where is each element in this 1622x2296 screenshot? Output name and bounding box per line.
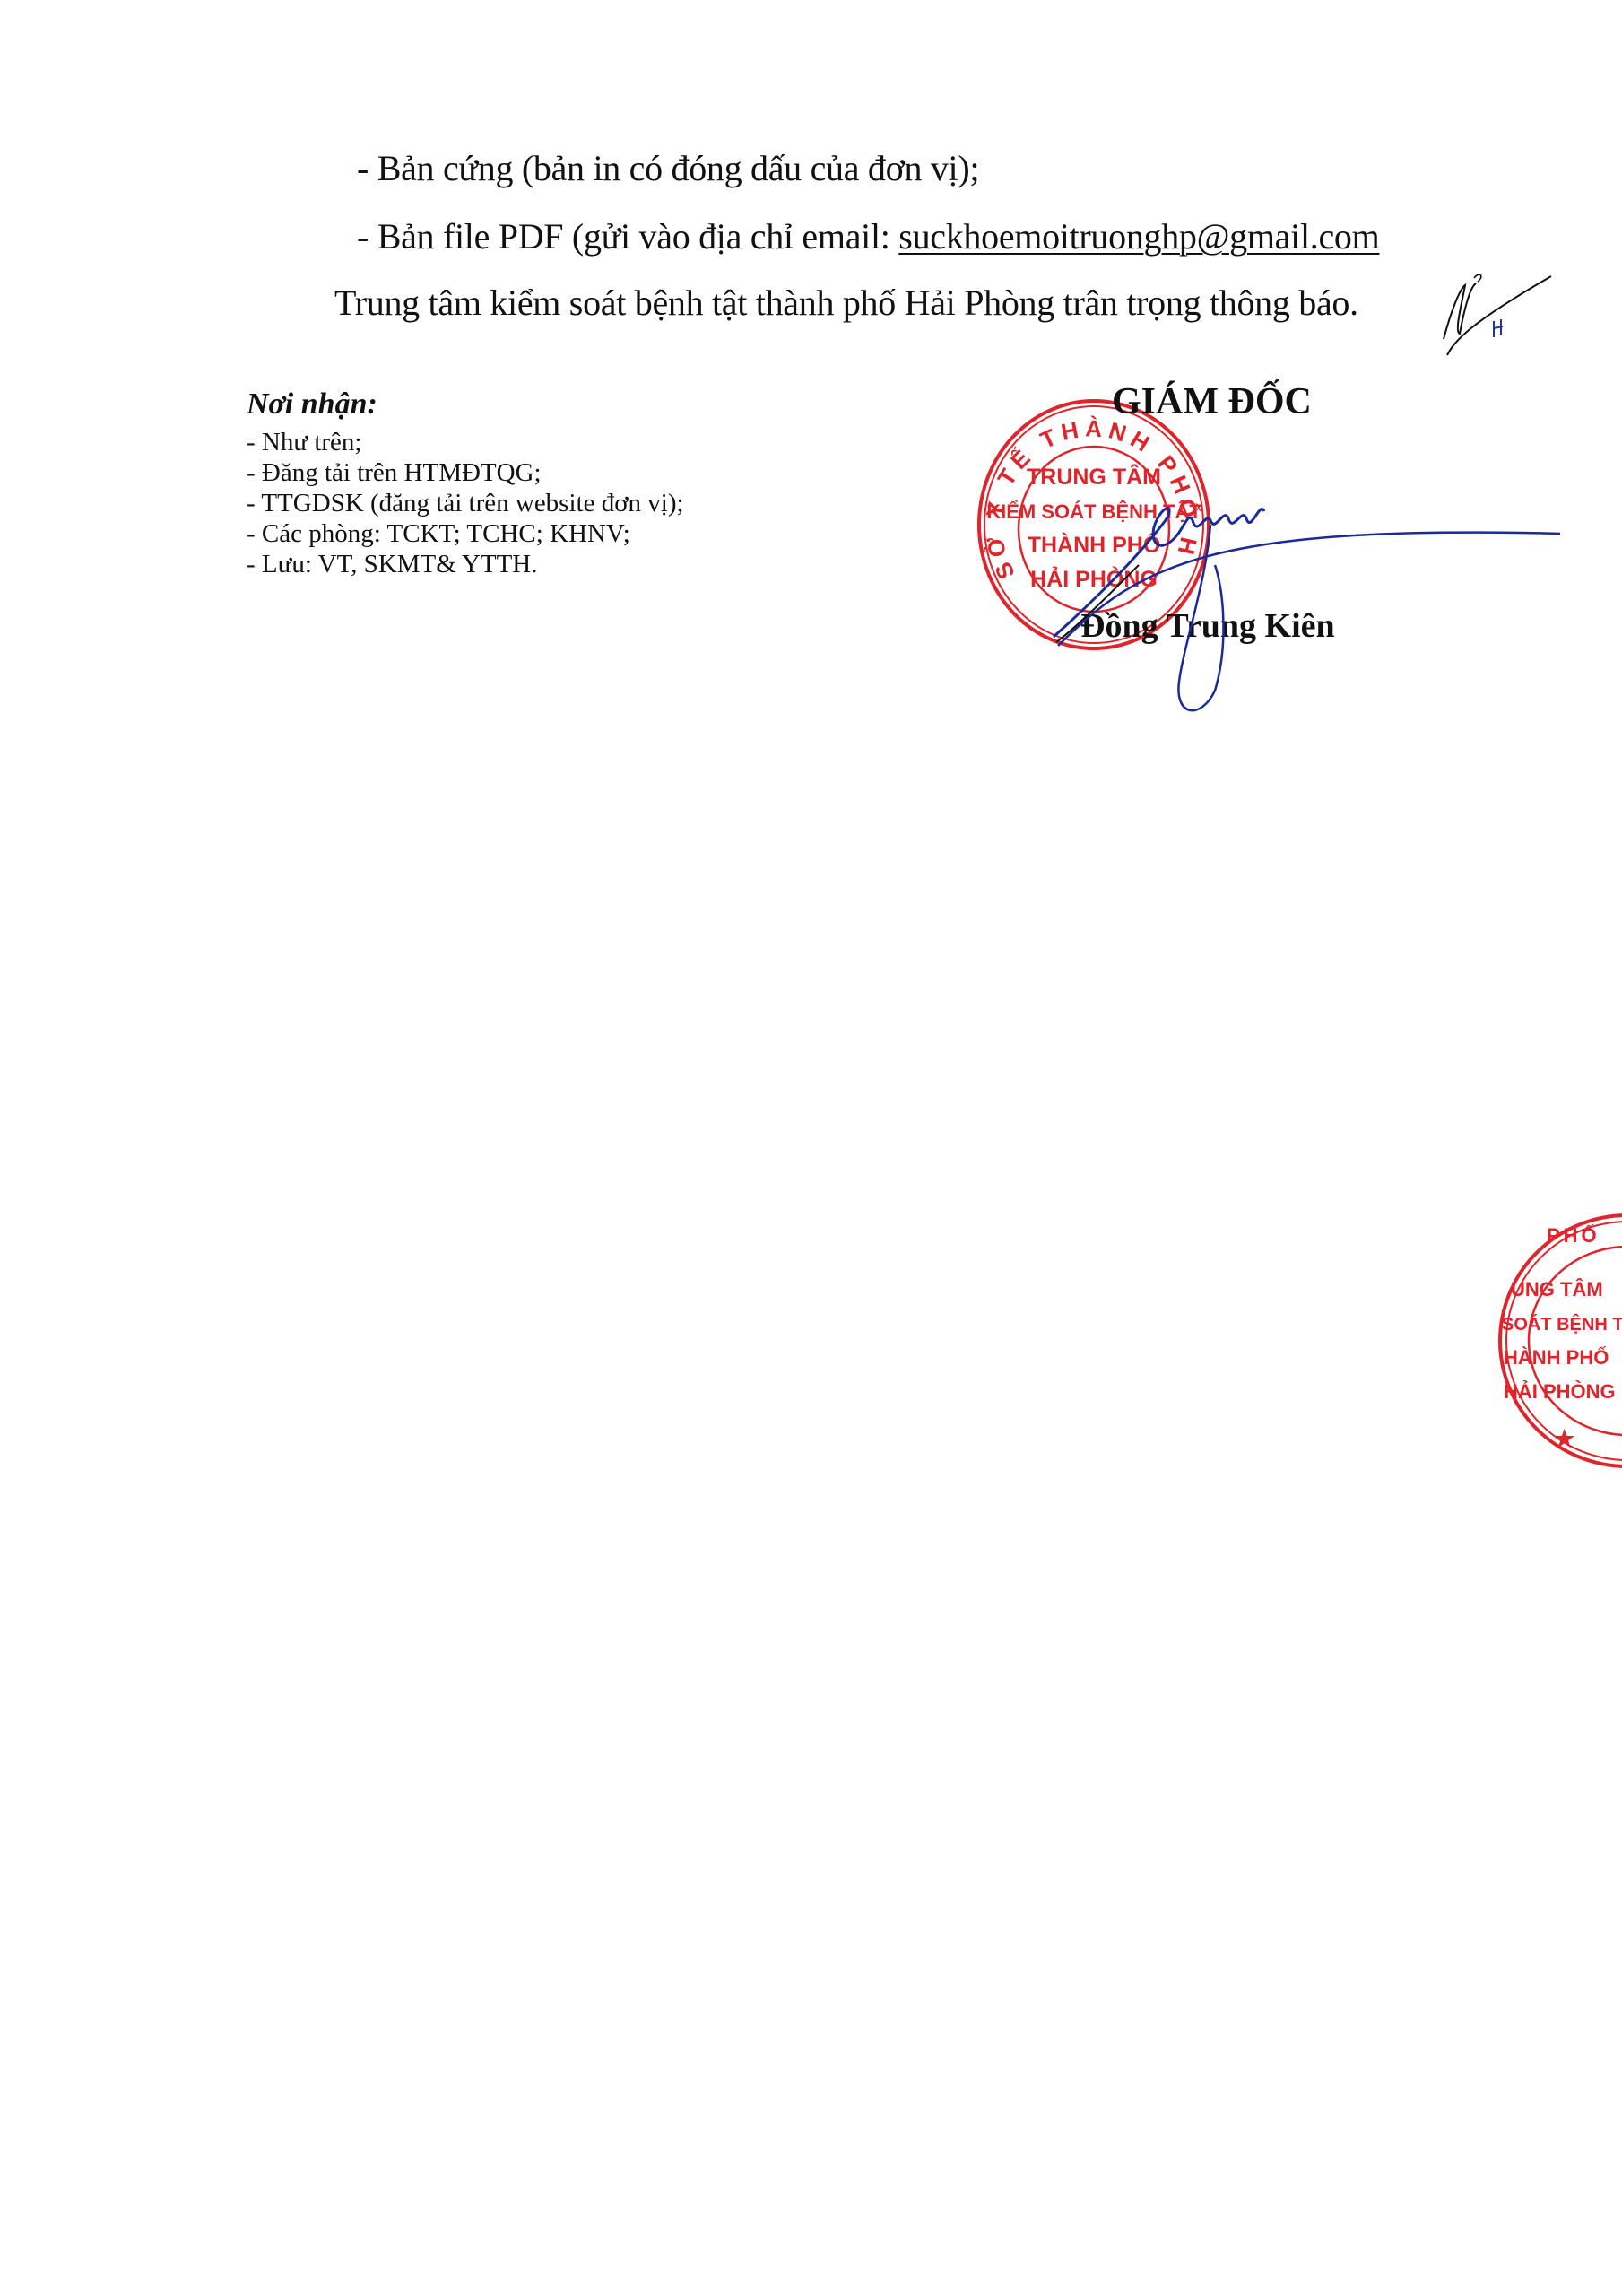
partial-stamp-line: SOÁT BỆNH TẬT xyxy=(1502,1313,1622,1335)
recipients-block: Nơi nhận: - Như trên; - Đăng tải trên HT… xyxy=(247,387,684,579)
body-line-pdf: - Bản file PDF (gửi vào địa chỉ email: s… xyxy=(357,219,1379,255)
closing-line: Trung tâm kiểm soát bệnh tật thành phố H… xyxy=(334,285,1358,321)
recipient-item: - Như trên; xyxy=(247,427,684,457)
recipient-item: - Lưu: VT, SKMT& YTTH. xyxy=(247,549,684,579)
stamp-star: ★ xyxy=(1554,1425,1575,1452)
partial-stamp-line: HẢI PHÒNG xyxy=(1504,1380,1616,1403)
initials-mark-icon xyxy=(1435,269,1560,368)
pdf-prefix: - Bản file PDF (gửi vào địa chỉ email: xyxy=(357,216,898,257)
handwritten-signature-icon xyxy=(1031,484,1569,726)
partial-stamp-top: PHỐ xyxy=(1547,1223,1600,1247)
partial-stamp-line: UNG TÂM xyxy=(1511,1278,1603,1300)
recipient-item: - TTGDSK (đăng tải trên website đơn vị); xyxy=(247,488,684,518)
body-line-hard-copy: - Bản cứng (bản in có đóng dấu của đơn v… xyxy=(357,151,979,187)
recipient-item: - Các phòng: TCKT; TCHC; KHNV; xyxy=(247,518,684,549)
recipient-item: - Đăng tải trên HTMĐTQG; xyxy=(247,457,684,488)
partial-stamp-icon: PHỐ UNG TÂM SOÁT BỆNH TẬT HÀNH PHỐ HẢI P… xyxy=(1493,1206,1622,1475)
email-link[interactable]: suckhoemoitruonghp@gmail.com xyxy=(898,216,1379,257)
partial-stamp-line: HÀNH PHỐ xyxy=(1504,1345,1609,1369)
signature-title: GIÁM ĐỐC xyxy=(1112,380,1312,423)
recipients-title: Nơi nhận: xyxy=(247,387,684,422)
